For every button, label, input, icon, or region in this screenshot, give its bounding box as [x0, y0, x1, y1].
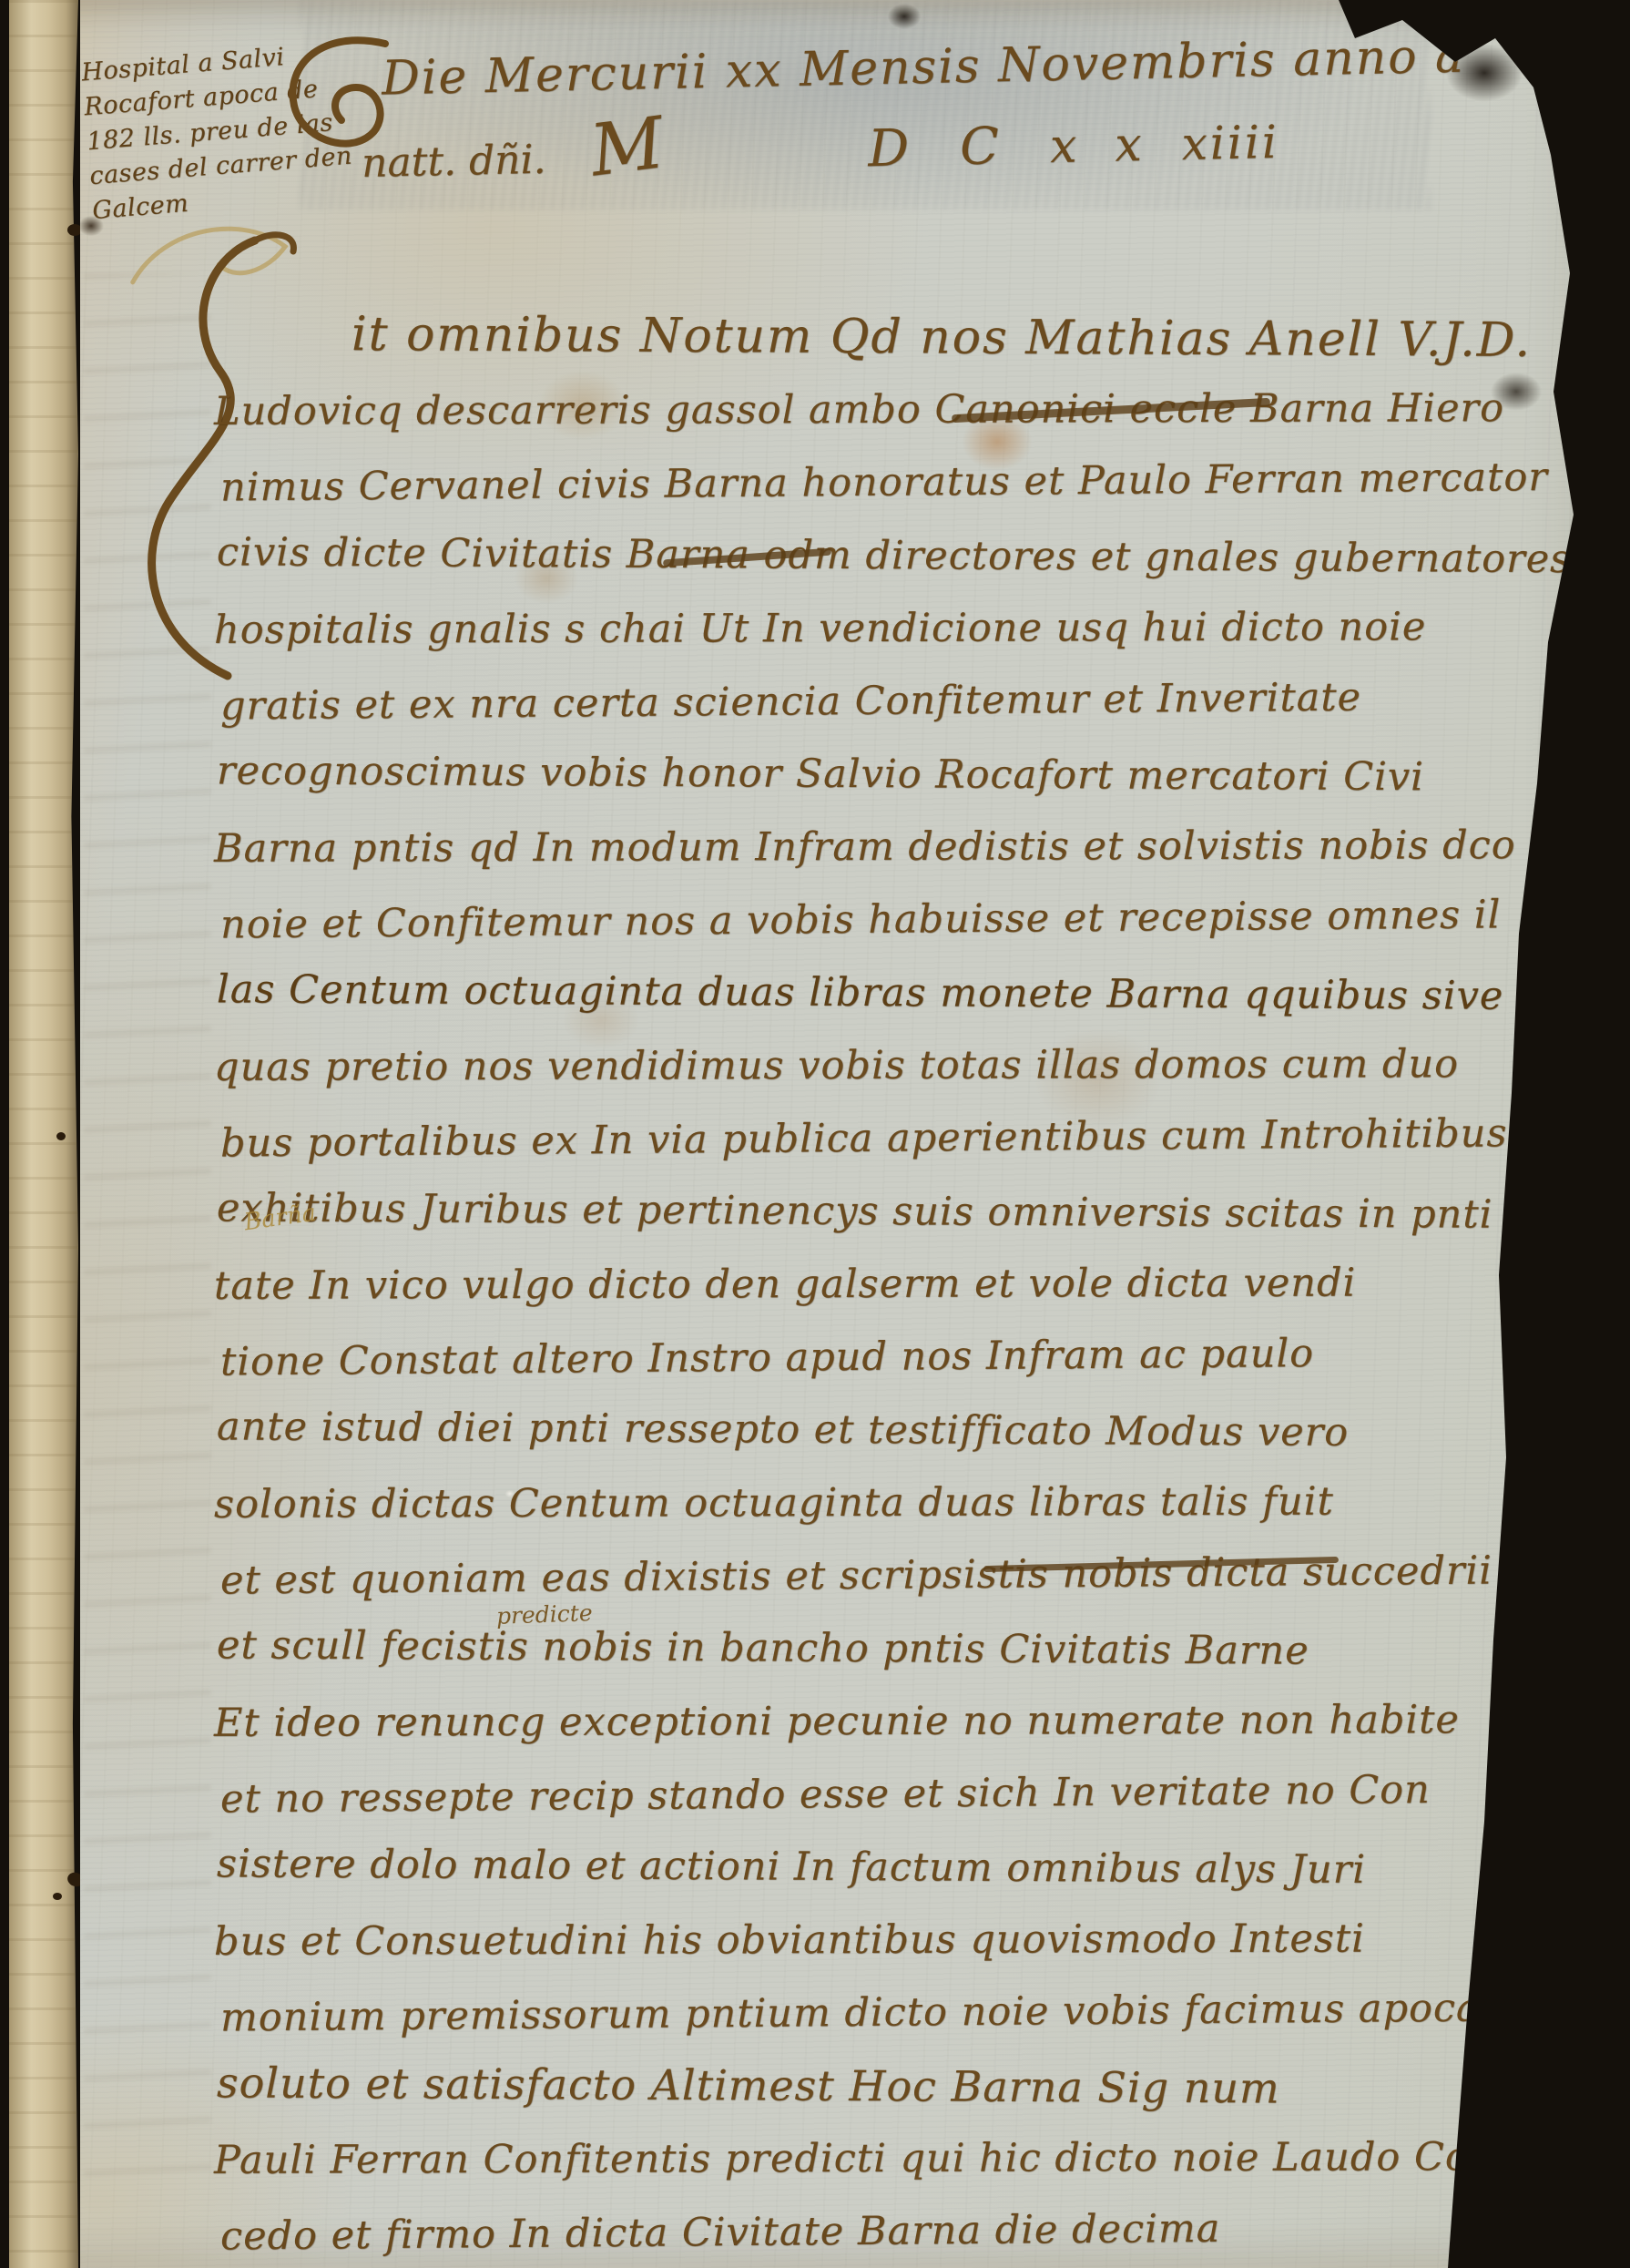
manuscript-line: cedo et firmo In dicta Civitate Barna di… [220, 2190, 1496, 2268]
edge-ink-speck [67, 224, 82, 236]
flourish-stroke [255, 235, 293, 251]
manuscript-line: Pauli Ferran Confitentis predicti qui hi… [214, 2120, 1489, 2197]
edge-ink-speck [53, 1893, 62, 1900]
heading: Die Mercurii xx Mensis Novembris anno a … [381, 29, 1467, 194]
manuscript-line: hospitalis gnalis s chai Ut In vendicion… [214, 590, 1489, 667]
manuscript-line: soluto et satisfacto Altimest Hoc Barna … [217, 2046, 1492, 2125]
interlinear-insertion: predicte [496, 1599, 594, 1629]
heading-year-line: natt. dñi. M D C x x xiiii [361, 89, 1468, 194]
manuscript-line: nimus Cervanel civis Barna honoratus et … [220, 441, 1496, 524]
body-text: it omnibus Notum Qd nos Mathias Anell V.… [217, 301, 1492, 2268]
manuscript-line: exhitibus Juribus et pertinencys suis om… [217, 1171, 1492, 1251]
manuscript-line: recognoscimus vobis honor Salvio Rocafor… [217, 734, 1492, 813]
manuscript-line: et est quoniam eas dixistis et scripsist… [220, 1534, 1496, 1617]
manuscript-line: it omnibus Notum Qd nos Mathias Anell V.… [217, 297, 1492, 376]
roman-numeral-d: D [868, 118, 910, 179]
book-fore-edge [9, 0, 78, 2268]
manuscript-line: las Centum octuaginta duas libras monete… [217, 953, 1492, 1032]
manuscript-line: Et ideo renuncg exceptioni pecunie no nu… [214, 1683, 1489, 1760]
manuscript-line: noie et Confitemur nos a vobis habuisse … [220, 878, 1496, 961]
manuscript-page: Hospital a Salvi Rocafort apoca de 182 l… [0, 0, 1630, 2268]
manuscript-line: tate In vico vulgo dicto den galserm et … [214, 1246, 1489, 1323]
manuscript-line: Ludovicq descarreris gassol ambo Canonic… [214, 372, 1489, 448]
manuscript-line: bus portalibus ex In via publica aperien… [220, 1097, 1496, 1180]
manuscript-line: et no ressepte recip stando esse et sich… [220, 1752, 1496, 1835]
manuscript-line: tione Constat altero Instro apud nos Inf… [220, 1315, 1496, 1398]
manuscript-line: bus et Consuetudini his obviantibus quov… [214, 1902, 1489, 1978]
roman-numeral-x: x [1115, 117, 1143, 173]
roman-numeral-c: C [959, 117, 999, 177]
manuscript-line: Barna pntis qd In modum Infram dedistis … [214, 809, 1489, 885]
heading-year-prefix: natt. dñi. [362, 137, 546, 187]
manuscript-line: gratis et ex nra certa sciencia Confitem… [220, 659, 1496, 742]
manuscript-scan: Hospital a Salvi Rocafort apoca de 182 l… [0, 0, 1630, 2268]
manuscript-line: civis dicte Civitatis Barna odm director… [217, 516, 1492, 595]
manuscript-line: quas pretio nos vendidimus vobis totas i… [214, 1027, 1489, 1104]
manuscript-line: monium premissorum pntium dicto noie vob… [220, 1971, 1496, 2054]
manuscript-line: solonis dictas Centum octuaginta duas li… [214, 1465, 1489, 1541]
edge-ink-speck [56, 1132, 66, 1140]
manuscript-line: ante istud diei pnti ressepto et testiff… [217, 1390, 1492, 1469]
roman-numeral-m: M [586, 102, 669, 192]
manuscript-line: et scull fecistis nobis in bancho pntis … [217, 1609, 1492, 1688]
manuscript-line: sistere dolo malo et actioni In factum o… [217, 1827, 1492, 1906]
roman-numeral-xiiii: xiiii [1181, 116, 1279, 170]
roman-numeral-x: x [1049, 119, 1077, 175]
